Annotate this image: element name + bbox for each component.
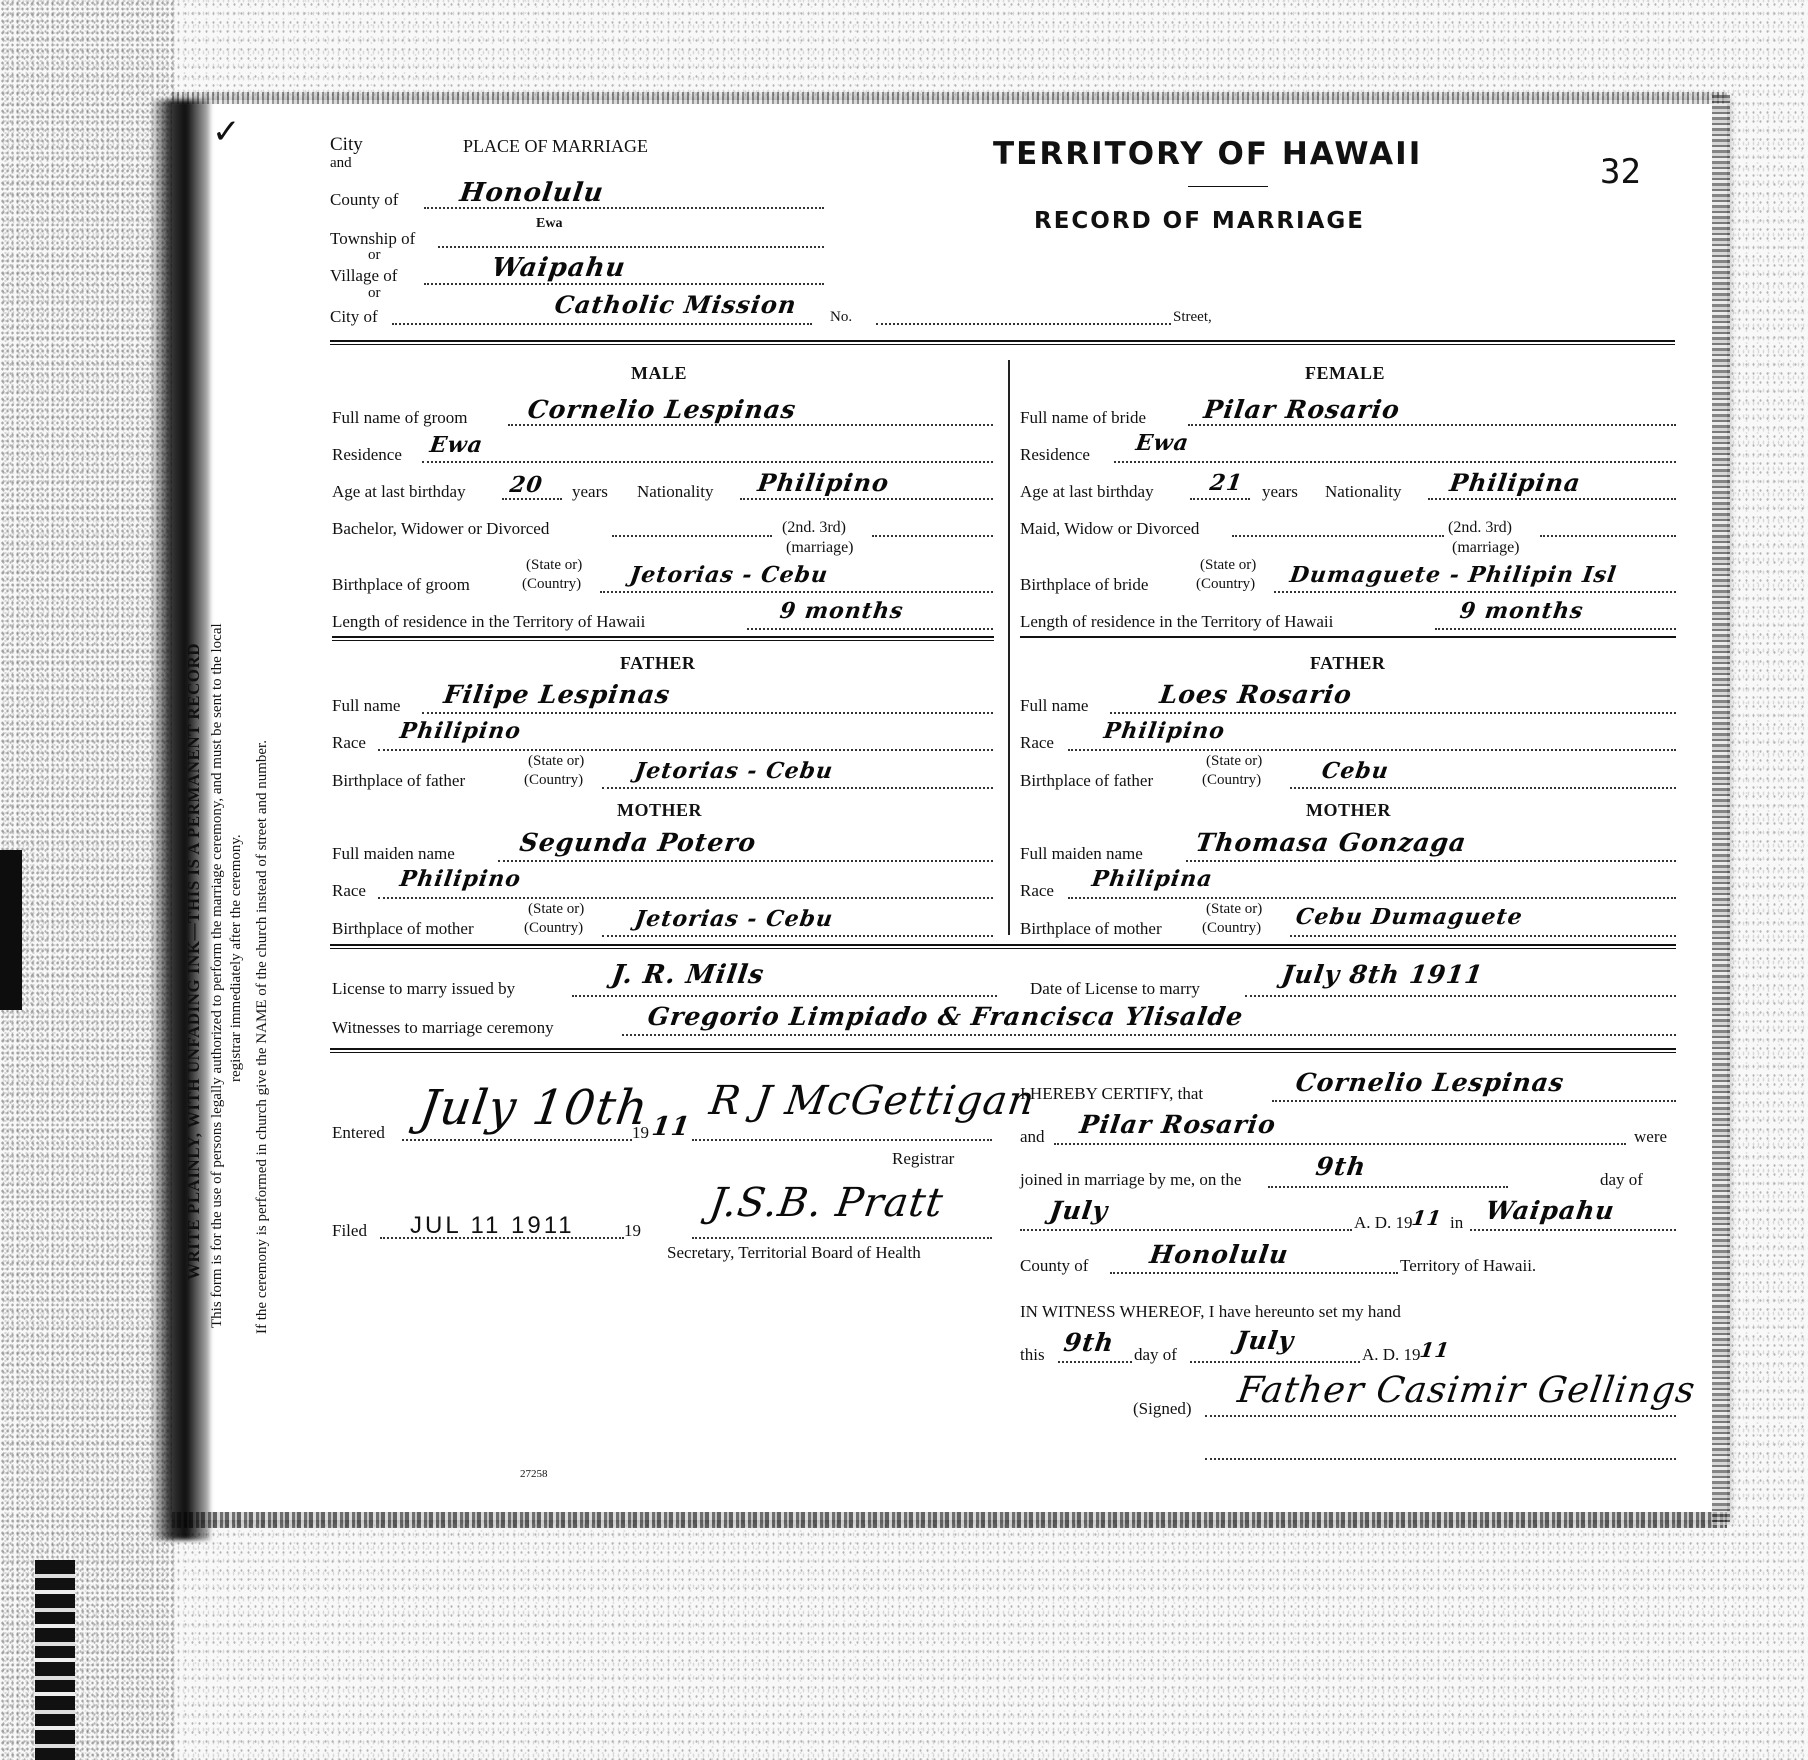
groom-mother-birthplace-value: Jetorias - Cebu xyxy=(633,906,835,932)
groom-mother-country-label: (Country) xyxy=(524,920,583,937)
city-and-label-2: and xyxy=(330,156,352,171)
film-marker xyxy=(35,1560,75,1760)
groom-marriage-num-label: (2nd. 3rd) xyxy=(782,520,846,536)
groom-mother-name-value: Segunda Potero xyxy=(518,828,758,857)
groom-residence-value: Ewa xyxy=(428,432,485,458)
registrar-signature: R J McGettigan xyxy=(707,1078,1038,1124)
groom-nationality-value: Philipino xyxy=(756,468,891,497)
groom-age-value: 20 xyxy=(508,472,544,498)
city-label: City of xyxy=(330,308,378,325)
number-label: No. xyxy=(830,310,852,325)
joined-label: joined in marriage by me, on the xyxy=(1020,1171,1241,1188)
groom-country-label: (Country) xyxy=(522,576,581,593)
groom-mother-birthplace-label: Birthplace of mother xyxy=(332,920,474,937)
bride-birthplace-value: Dumaguete - Philipin Isl xyxy=(1288,562,1618,588)
license-date-label: Date of License to marry xyxy=(1030,980,1200,997)
groom-mother-state-or-label: (State or) xyxy=(528,901,584,918)
groom-residence-length-value: 9 months xyxy=(778,598,905,624)
margin-note-authorized: This form is for the use of persons lega… xyxy=(209,623,226,1328)
bride-name-label: Full name of bride xyxy=(1020,409,1146,426)
bride-mother-name-label: Full maiden name xyxy=(1020,845,1143,862)
village-label: Village of xyxy=(330,267,397,284)
license-issued-by-label: License to marry issued by xyxy=(332,980,515,997)
groom-nationality-label: Nationality xyxy=(637,483,713,500)
binder-tab xyxy=(0,850,22,1010)
bride-father-name-label: Full name xyxy=(1020,697,1088,714)
groom-father-state-or-label: (State or) xyxy=(528,753,584,770)
groom-father-heading: FATHER xyxy=(620,653,695,674)
bride-residence-length-label: Length of residence in the Territory of … xyxy=(1020,613,1333,630)
bride-residence-label: Residence xyxy=(1020,446,1090,463)
groom-mother-heading: MOTHER xyxy=(617,800,702,821)
marriage-place-value: Waipahu xyxy=(1484,1196,1617,1225)
bride-nationality-label: Nationality xyxy=(1325,483,1401,500)
certify-label: I HEREBY CERTIFY, that xyxy=(1020,1085,1203,1102)
entered-label: Entered xyxy=(332,1124,385,1141)
bride-father-country-label: (Country) xyxy=(1202,772,1261,789)
witness-day-of-label: day of xyxy=(1134,1346,1177,1363)
bride-years-label: years xyxy=(1262,483,1298,500)
witness-month-value: July xyxy=(1234,1326,1296,1355)
township-value: Ewa xyxy=(536,216,562,232)
were-label: were xyxy=(1634,1128,1667,1145)
margin-note-registrar: registrar immediately after the ceremony… xyxy=(228,834,245,1082)
county-label: County of xyxy=(330,191,398,208)
certify-bride-value: Pilar Rosario xyxy=(1078,1110,1278,1139)
entered-year-value: 11 xyxy=(650,1112,692,1142)
bride-father-race-label: Race xyxy=(1020,734,1054,751)
license-issued-by-value: J. R. Mills xyxy=(610,960,766,990)
form-number: 27258 xyxy=(520,1468,548,1480)
bride-mother-heading: MOTHER xyxy=(1306,800,1391,821)
bride-nationality-value: Philipina xyxy=(1448,468,1583,497)
witnesses-label: Witnesses to marriage ceremony xyxy=(332,1019,554,1036)
village-value: Waipahu xyxy=(490,253,628,283)
marriage-month-value: July xyxy=(1048,1196,1110,1225)
witness-year-value: 11 xyxy=(1418,1338,1451,1362)
bride-father-name-value: Loes Rosario xyxy=(1158,680,1354,709)
groom-birthplace-value: Jetorias - Cebu xyxy=(628,562,830,588)
bride-age-label: Age at last birthday xyxy=(1020,483,1154,500)
paper-edge-top xyxy=(172,92,1727,104)
male-heading: MALE xyxy=(631,363,687,384)
bride-father-birthplace-value: Cebu xyxy=(1320,758,1391,784)
form-subtitle: RECORD OF MARRIAGE xyxy=(1034,208,1365,234)
groom-name-label: Full name of groom xyxy=(332,409,468,426)
groom-years-label: years xyxy=(572,483,608,500)
witness-whereof-label: IN WITNESS WHEREOF, I have hereunto set … xyxy=(1020,1303,1401,1320)
bride-father-heading: FATHER xyxy=(1310,653,1385,674)
paper-edge-bottom xyxy=(172,1512,1727,1528)
entered-year-prefix: 19 xyxy=(632,1124,649,1141)
groom-father-country-label: (Country) xyxy=(524,772,583,789)
cert-county-label: County of xyxy=(1020,1257,1088,1274)
groom-mother-race-label: Race xyxy=(332,882,366,899)
marriage-year-value: 11 xyxy=(1410,1206,1443,1230)
margin-note-church: If the ceremony is performed in church g… xyxy=(254,740,271,1334)
and-label: and xyxy=(1020,1128,1045,1145)
bride-marriage-label: (marriage) xyxy=(1452,540,1520,556)
bride-mother-race-value: Philipina xyxy=(1090,866,1214,892)
bride-state-or-label: (State or) xyxy=(1200,557,1256,574)
bride-residence-value: Ewa xyxy=(1134,430,1191,456)
paper-edge-right xyxy=(1712,95,1730,1525)
bride-mother-name-value: Thomasa Gonzaga xyxy=(1194,828,1468,857)
bride-mother-birthplace-value: Cebu Dumaguete xyxy=(1294,904,1524,930)
groom-state-or-label: (State or) xyxy=(526,557,582,574)
bride-birthplace-label: Birthplace of bride xyxy=(1020,576,1148,593)
this-label: this xyxy=(1020,1346,1045,1363)
bride-country-label: (Country) xyxy=(1196,576,1255,593)
witness-ad-label: A. D. 19 xyxy=(1362,1346,1421,1363)
bride-age-value: 21 xyxy=(1208,470,1244,496)
secretary-signature: J.S.B. Pratt xyxy=(707,1180,947,1226)
day-of-label: day of xyxy=(1600,1171,1643,1188)
groom-residence-length-label: Length of residence in the Territory of … xyxy=(332,613,645,630)
scan-left-margin xyxy=(0,0,175,1760)
groom-age-label: Age at last birthday xyxy=(332,483,466,500)
county-value: Honolulu xyxy=(458,178,606,208)
bride-mother-country-label: (Country) xyxy=(1202,920,1261,937)
groom-father-race-label: Race xyxy=(332,734,366,751)
page-number: 32 xyxy=(1600,152,1641,192)
margin-note-permanent-record: WRITE PLAINLY, WITH UNFADING INK—THIS IS… xyxy=(184,643,204,1280)
bride-marriage-num-label: (2nd. 3rd) xyxy=(1448,520,1512,536)
bride-father-state-or-label: (State or) xyxy=(1206,753,1262,770)
bride-father-race-value: Philipino xyxy=(1102,718,1227,744)
groom-name-value: Cornelio Lespinas xyxy=(526,395,798,424)
groom-marriage-label: (marriage) xyxy=(786,540,854,556)
entered-value: July 10th xyxy=(416,1080,652,1136)
bride-mother-race-label: Race xyxy=(1020,882,1054,899)
groom-status-label: Bachelor, Widower or Divorced xyxy=(332,520,549,537)
marriage-day-value: 9th xyxy=(1314,1152,1368,1181)
witnesses-value: Gregorio Limpiado & Francisca Ylisalde xyxy=(646,1002,1245,1031)
groom-father-name-value: Filipe Lespinas xyxy=(442,680,672,709)
license-date-value: July 8th 1911 xyxy=(1280,960,1485,989)
street-label: Street, xyxy=(1173,310,1212,325)
signed-label: (Signed) xyxy=(1133,1400,1192,1417)
bride-mother-state-or-label: (State or) xyxy=(1206,901,1262,918)
cert-county-value: Honolulu xyxy=(1148,1240,1291,1269)
groom-residence-label: Residence xyxy=(332,446,402,463)
check-mark-icon: ✓ xyxy=(212,112,241,152)
territory-label: Territory of Hawaii. xyxy=(1400,1257,1536,1274)
or-label-1: or xyxy=(368,248,381,263)
secretary-label: Secretary, Territorial Board of Health xyxy=(667,1244,921,1261)
certify-groom-value: Cornelio Lespinas xyxy=(1294,1068,1566,1097)
groom-father-race-value: Philipino xyxy=(398,718,523,744)
groom-father-birthplace-value: Jetorias - Cebu xyxy=(633,758,835,784)
groom-mother-name-label: Full maiden name xyxy=(332,845,455,862)
filed-stamp-value: JUL 11 1911 xyxy=(410,1212,575,1240)
groom-mother-race-value: Philipino xyxy=(398,866,523,892)
bride-mother-birthplace-label: Birthplace of mother xyxy=(1020,920,1162,937)
bride-status-label: Maid, Widow or Divorced xyxy=(1020,520,1199,537)
city-value: Catholic Mission xyxy=(553,290,799,319)
bride-residence-length-value: 9 months xyxy=(1458,598,1585,624)
form-title: TERRITORY OF HAWAII xyxy=(993,136,1422,172)
groom-father-birthplace-label: Birthplace of father xyxy=(332,772,465,789)
filed-label: Filed xyxy=(332,1222,367,1239)
officiant-signature: Father Casimir Gellings xyxy=(1235,1370,1698,1411)
bride-name-value: Pilar Rosario xyxy=(1202,395,1402,424)
marriage-record-form xyxy=(172,100,1727,1520)
female-heading: FEMALE xyxy=(1305,363,1385,384)
in-label: in xyxy=(1450,1214,1463,1231)
registrar-label: Registrar xyxy=(892,1150,954,1167)
city-and-label: City xyxy=(330,135,363,154)
filed-year-prefix: 19 xyxy=(624,1222,641,1239)
groom-birthplace-label: Birthplace of groom xyxy=(332,576,470,593)
or-label-2: or xyxy=(368,286,381,301)
ad-label: A. D. 19 xyxy=(1354,1214,1413,1231)
place-of-marriage-heading: PLACE OF MARRIAGE xyxy=(463,137,648,155)
witness-day-value: 9th xyxy=(1062,1328,1116,1357)
township-label: Township of xyxy=(330,230,415,247)
bride-father-birthplace-label: Birthplace of father xyxy=(1020,772,1153,789)
groom-father-name-label: Full name xyxy=(332,697,400,714)
